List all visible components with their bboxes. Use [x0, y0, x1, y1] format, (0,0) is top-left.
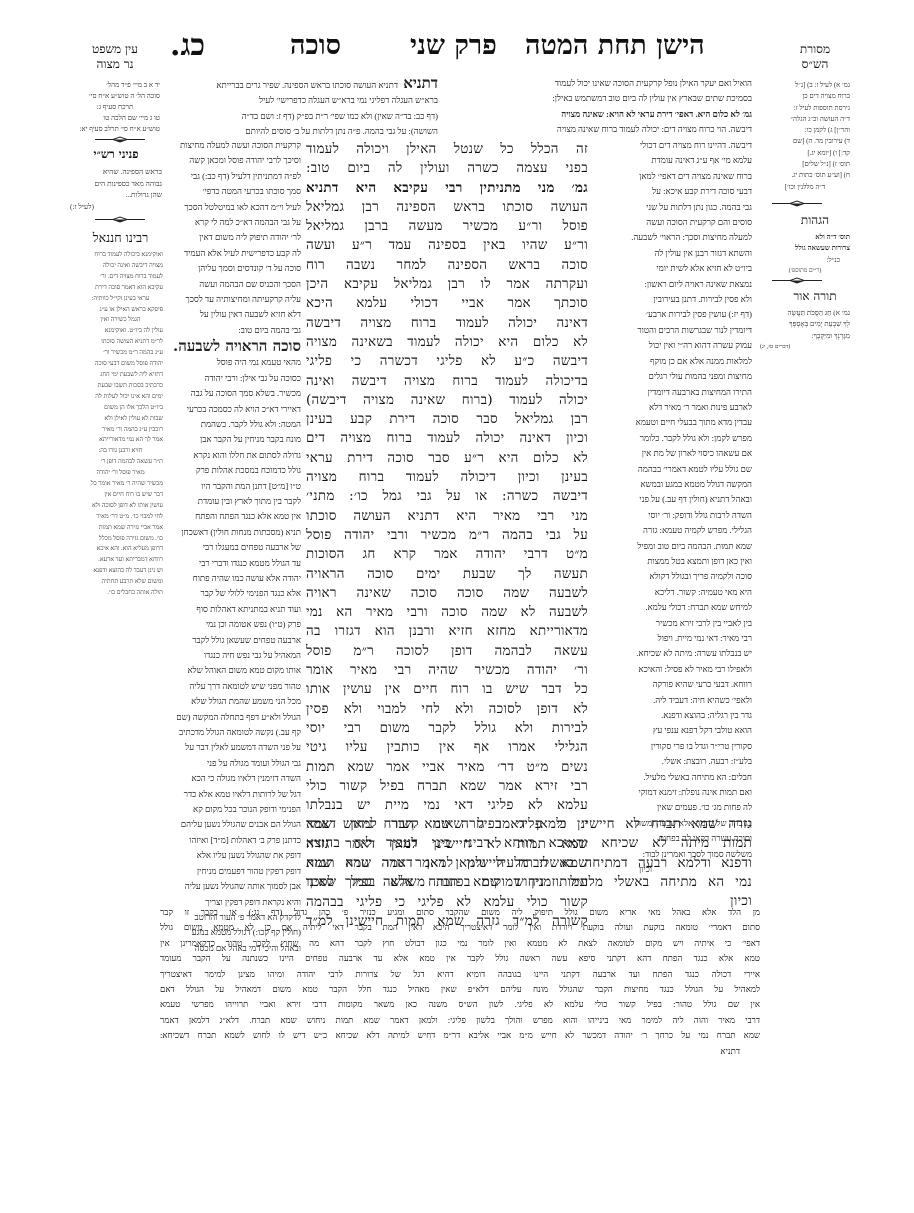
- rabbeinu-chananel-section: רבינו חננאל ואוקימנא ביכולה לעמוד ברוח מ…: [78, 228, 163, 599]
- ornament-divider: [772, 277, 822, 284]
- torah-ohr-title: תורה אור: [780, 286, 850, 306]
- tosafot-top-block: דתניא דתניא העושה סוכתו בראש הספינה. שפי…: [168, 76, 438, 140]
- hashas-title: הש״ס: [780, 57, 850, 72]
- hagahot-text: תוס׳ ד״ה ולא צרורות שעשאה גולל כנ״ל: (ר״…: [760, 232, 850, 277]
- gemara-main-text: זה הכלל כל שנטל האילן ויכולה לעמוד בפני …: [306, 140, 588, 931]
- tosafot-column: קרקעית הסוכה ועשה למעלה מחיצות וסיכך לרב…: [168, 138, 301, 956]
- chapter-number: פרק שני: [410, 30, 497, 62]
- hagahot-title: הגהות: [780, 210, 850, 230]
- ornament-divider: [95, 216, 145, 223]
- torah-ohr-section: תורה אור גמ׳ א) חַג הַסֻּכֹּת תַּעֲשֶׂה …: [760, 286, 850, 353]
- rabbeinu-chananel-text: ואוקימנא ביכולה לעמוד ברוח מצויה דיבשה ו…: [78, 250, 163, 599]
- ornament-divider: [772, 200, 822, 207]
- rashi-top-block: הואיל ואם יעקר האילן נופל קרקעית הסוכה ש…: [462, 76, 752, 138]
- masoret-text: גמ׳ א) לעיל ז: ב) [נ״ל ברוח מצויה דים כן…: [760, 80, 850, 193]
- torah-ohr-text: גמ׳ א) חַג הַסֻּכֹּת תַּעֲשֶׂה לְךָ שִׁב…: [760, 308, 850, 353]
- masoret-hashas-section: מסורת הש״ס גמ׳ א) לעיל ז: ב) [נ״ל ברוח מ…: [760, 42, 850, 193]
- ein-mishpat-section: עין משפט נר מצוה יד א ב מיי׳ פ״ד מהל׳ סו…: [70, 42, 160, 135]
- chapter-name: הישן תחת המטה: [525, 30, 705, 62]
- tosafot-dibbur-hamatchil-2: סוכה הראויה לשבעה.: [168, 338, 301, 355]
- masoret-title: מסורת: [780, 42, 850, 57]
- page-header: כג. סוכה פרק שני הישן תחת המטה: [150, 30, 750, 66]
- ornament-divider: [95, 136, 145, 143]
- rashi-column: דיבשה. דהיינו רוח מצויה דים דכולי עלמא מ…: [592, 138, 752, 878]
- daf-number: כג.: [170, 30, 205, 62]
- ein-mishpat-title: עין משפט: [70, 42, 160, 57]
- tosafot-catchword: דתניא: [160, 1044, 760, 1059]
- penini-rashi-section: פניני רש״י בראש הספינה. שהיא גבוהה מאד כ…: [70, 146, 162, 212]
- ein-mishpat-text: יד א ב מיי׳ פ״ד מהל׳ סוכה הל׳ ה טוש״ע א״…: [70, 80, 160, 135]
- tosafot-bottom-block: מן הלד אלא באהל מאי אריא משום גולל תיפוק…: [160, 905, 760, 1059]
- hagahot-section: הגהות תוס׳ ד״ה ולא צרורות שעשאה גולל כנ״…: [760, 210, 850, 277]
- penini-rashi-title: פניני רש״י: [70, 146, 162, 162]
- rabbeinu-chananel-title: רבינו חננאל: [78, 228, 163, 248]
- tractate-name: סוכה: [290, 30, 341, 62]
- tosafot-dibbur-hamatchil: דתניא דתניא העושה סוכתו בראש הספינה. שפי…: [168, 76, 438, 93]
- penini-rashi-text: בראש הספינה. שהיא גבוהה מאד כספינות הים …: [70, 166, 162, 212]
- gemara-wide-text: גזרה שמא תברח לא חיישינן ולמאן דאמר גזרה…: [306, 815, 752, 911]
- ner-mitzvah-title: נר מצוה: [70, 57, 160, 72]
